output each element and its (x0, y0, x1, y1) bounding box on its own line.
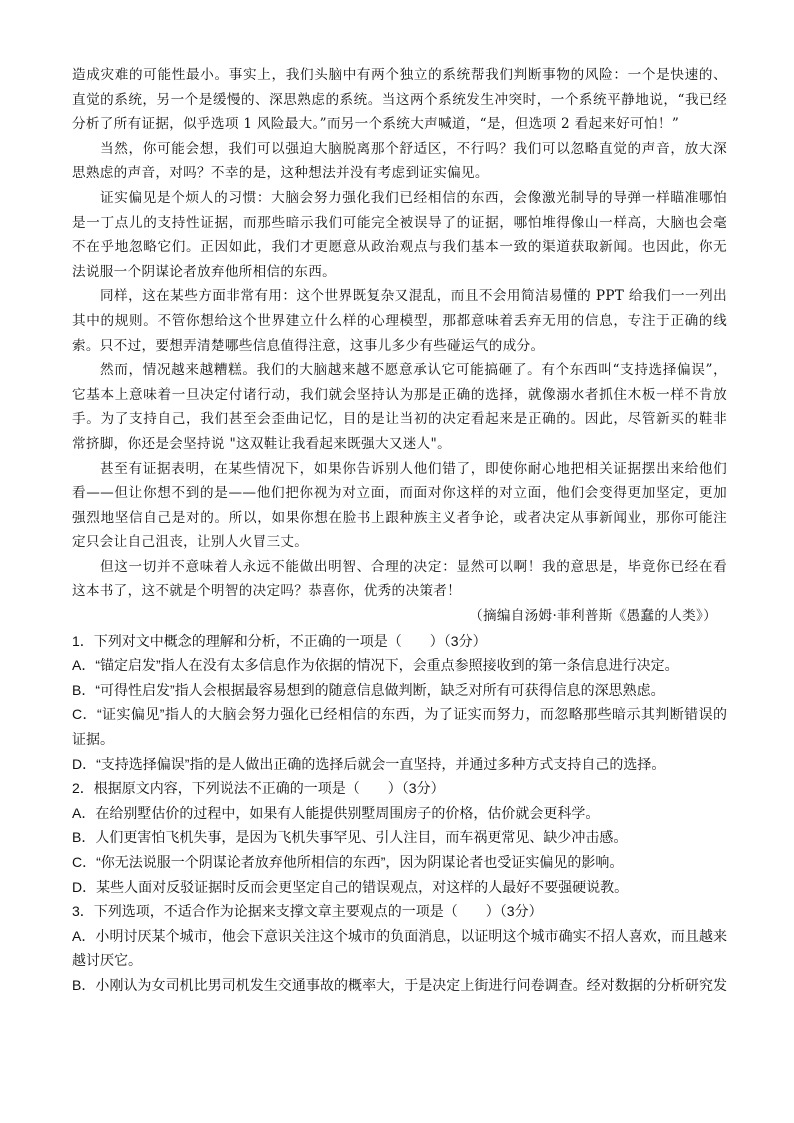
passage-line: 但这一切并不意味着人永远不能做出明智、合理的决定：显然可以啊！我的意思是，毕竟你… (72, 555, 727, 580)
passage-line: 证实偏见是个烦人的习惯：大脑会努力强化我们已经相信的东西，会像激光制导的导弹一样… (72, 186, 727, 211)
option-d[interactable]: D．“支持选择偏误”指的是人做出正确的选择后就会一直坚持，并通过多种方式支持自己… (72, 752, 727, 777)
option-a[interactable]: A．在给别墅估价的过程中，如果有人能提供别墅周围房子的价格，估价就会更科学。 (72, 801, 727, 826)
passage-line: 强烈地坚信自己是对的。所以，如果你想在脸书上跟种族主义者争论，或者决定从事新闻业… (72, 506, 727, 531)
passage-line: 然而，情况越来越糟糕。我们的大脑越来越不愿意承认它可能搞砸了。有个东西叫“支持选… (72, 358, 727, 383)
option-a[interactable]: A．小明讨厌某个城市，他会下意识关注这个城市的负面消息，以证明这个城市确实不招人… (72, 924, 727, 973)
passage-line: 不在乎地忽略它们。正因如此，我们才更愿意从政治观点与我们基本一致的渠道获取新闻。… (72, 235, 727, 260)
question-list: 1．下列对文中概念的理解和分析，不正确的一项是（ ）（3分） A．“锚定启发”指… (72, 629, 727, 998)
passage-citation: （摘编自汤姆·菲利普斯《愚蠢的人类》） (72, 604, 727, 629)
passage-line: 造成灾难的可能性最小。事实上，我们头脑中有两个独立的系统帮我们判断事物的风险：一… (72, 63, 727, 88)
question-2: 2．根据原文内容，下列说法不正确的一项是（ ）（3分） A．在给别墅估价的过程中… (72, 776, 727, 899)
passage-line: 同样，这在某些方面非常有用：这个世界既复杂又混乱，而且不会用简洁易懂的 PPT … (72, 284, 727, 309)
passage-line: 当然，你可能会想，我们可以强迫大脑脱离那个舒适区，不行吗？我们可以忽略直觉的声音… (72, 137, 727, 162)
passage-line: 分析了所有证据，似乎选项 1 风险最大。”而另一个系统大声喊道，“是，但选项 2… (72, 112, 727, 137)
passage-line: 这本书了，这不就是个明智的决定吗？恭喜你，优秀的决策者！ (72, 579, 727, 604)
passage-paragraph: 甚至有证据表明，在某些情况下，如果你告诉别人他们错了，即使你耐心地把相关证据摆出… (72, 457, 727, 555)
option-line: 证据。 (72, 727, 727, 752)
option-b[interactable]: B．人们更害怕飞机失事，是因为飞机失事罕见、引人注目，而车祸更常见、缺少冲击感。 (72, 825, 727, 850)
option-c[interactable]: C．“你无法说服一个阴谋论者放弃他所相信的东西”，因为阴谋论者也受证实偏见的影响… (72, 850, 727, 875)
reading-passage: 造成灾难的可能性最小。事实上，我们头脑中有两个独立的系统帮我们判断事物的风险：一… (72, 63, 727, 629)
passage-line: 法说服一个阴谋论者放弃他所相信的东西。 (72, 260, 727, 285)
document-page: 造成灾难的可能性最小。事实上，我们头脑中有两个独立的系统帮我们判断事物的风险：一… (72, 63, 727, 998)
option-b[interactable]: B．小刚认为女司机比男司机发生交通事故的概率大，于是决定上街进行问卷调查。经对数… (72, 973, 727, 998)
option-line: A．小明讨厌某个城市，他会下意识关注这个城市的负面消息，以证明这个城市确实不招人… (72, 924, 727, 949)
question-3: 3．下列选项，不适合作为论据来支撑文章主要观点的一项是（ ）（3分） A．小明讨… (72, 899, 727, 997)
passage-paragraph: 造成灾难的可能性最小。事实上，我们头脑中有两个独立的系统帮我们判断事物的风险：一… (72, 63, 727, 137)
passage-line: 定只会让自己沮丧，让别人火冒三丈。 (72, 530, 727, 555)
question-stem: 2．根据原文内容，下列说法不正确的一项是（ ）（3分） (72, 776, 727, 801)
option-d[interactable]: D．某些人面对反驳证据时反而会更坚定自己的错误观点，对这样的人最好不要强硬说教。 (72, 875, 727, 900)
passage-line: 甚至有证据表明，在某些情况下，如果你告诉别人他们错了，即使你耐心地把相关证据摆出… (72, 457, 727, 482)
passage-paragraph: 同样，这在某些方面非常有用：这个世界既复杂又混乱，而且不会用简洁易懂的 PPT … (72, 284, 727, 358)
question-stem: 3．下列选项，不适合作为论据来支撑文章主要观点的一项是（ ）（3分） (72, 899, 727, 924)
passage-paragraph: 然而，情况越来越糟糕。我们的大脑越来越不愿意承认它可能搞砸了。有个东西叫“支持选… (72, 358, 727, 456)
passage-paragraph: 证实偏见是个烦人的习惯：大脑会努力强化我们已经相信的东西，会像激光制导的导弹一样… (72, 186, 727, 284)
passage-line: 它基本上意味着一旦决定付诸行动，我们就会坚持认为那是正确的选择，就像溺水者抓住木… (72, 383, 727, 408)
passage-line: 直觉的系统，另一个是缓慢的、深思熟虑的系统。当这两个系统发生冲突时，一个系统平静… (72, 88, 727, 113)
question-stem: 1．下列对文中概念的理解和分析，不正确的一项是（ ）（3分） (72, 629, 727, 654)
passage-line: 看——但让你想不到的是——他们把你视为对立面，而面对你这样的对立面，他们会变得更… (72, 481, 727, 506)
option-line: C．“证实偏见”指人的大脑会努力强化已经相信的东西，为了证实而努力，而忽略那些暗… (72, 702, 727, 727)
passage-line: 是一丁点儿的支持性证据，而那些暗示我们可能完全被误导了的证据，哪怕堆得像山一样高… (72, 211, 727, 236)
passage-paragraph: 当然，你可能会想，我们可以强迫大脑脱离那个舒适区，不行吗？我们可以忽略直觉的声音… (72, 137, 727, 186)
passage-line: 手。为了支持自己，我们甚至会歪曲记忆，目的是让当初的决定看起来是正确的。因此，尽… (72, 407, 727, 432)
passage-line: 常挤脚，你还是会坚持说 "这双鞋让我看起来既强大又迷人"。 (72, 432, 727, 457)
passage-paragraph: 但这一切并不意味着人永远不能做出明智、合理的决定：显然可以啊！我的意思是，毕竟你… (72, 555, 727, 604)
option-a[interactable]: A．“锚定启发”指人在没有太多信息作为依据的情况下，会重点参照接收到的第一条信息… (72, 653, 727, 678)
question-1: 1．下列对文中概念的理解和分析，不正确的一项是（ ）（3分） A．“锚定启发”指… (72, 629, 727, 777)
passage-line: 思熟虑的声音，对吗？不幸的是，这种想法并没有考虑到证实偏见。 (72, 161, 727, 186)
option-c[interactable]: C．“证实偏见”指人的大脑会努力强化已经相信的东西，为了证实而努力，而忽略那些暗… (72, 702, 727, 751)
option-line: 越讨厌它。 (72, 948, 727, 973)
passage-line: 其中的规则。不管你想给这个世界建立什么样的心理模型，那都意味着丢弃无用的信息，专… (72, 309, 727, 334)
option-b[interactable]: B．“可得性启发”指人会根据最容易想到的随意信息做判断，缺乏对所有可获得信息的深… (72, 678, 727, 703)
passage-line: 索。只不过，要想弄清楚哪些信息值得注意，这事儿多少有些碰运气的成分。 (72, 334, 727, 359)
